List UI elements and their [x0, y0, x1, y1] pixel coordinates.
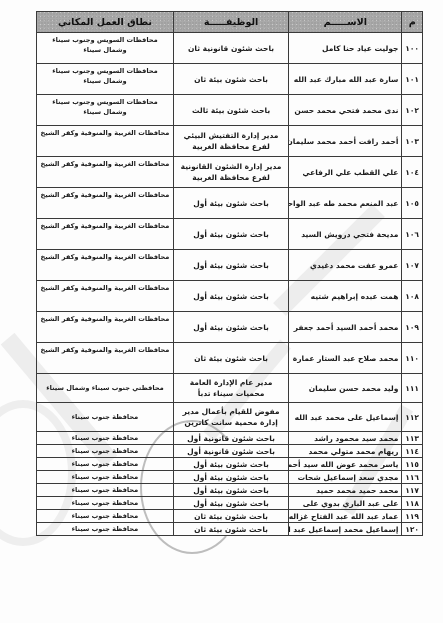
work-area: محافظة جنوب سيناء	[37, 445, 174, 458]
work-area: محافظات الغربية والمنوفية وكفر الشيخ	[37, 312, 174, 343]
job-title: باحث شئون قانونية أول	[173, 432, 288, 445]
row-number: ١٠٩	[402, 312, 423, 343]
work-area: محافظات السويس وجنوب سيناء وشمال سيناء	[37, 95, 174, 126]
row-number: ١١٤	[402, 445, 423, 458]
employee-name: وليد محمد حسن سليمان	[289, 374, 402, 403]
table-row: ١١٢ إسماعيل على محمد عبد الله مفوض للقيا…	[37, 403, 423, 432]
row-number: ١١٨	[402, 497, 423, 510]
job-title: باحث شئون بيئة ثان	[173, 64, 288, 95]
work-area: محافظة جنوب سيناء	[37, 510, 174, 523]
header-number: م	[402, 12, 423, 33]
job-title: باحث شئون بيئة أول	[173, 188, 288, 219]
employee-name: إسماعيل محمد إسماعيل عبد العظيم	[289, 523, 402, 536]
job-title: مدير عام الإدارة العامة محميات سيناء تدب…	[173, 374, 288, 403]
table-row: ١٠٨ همت عبده إبراهيم شتيه باحث شئون بيئة…	[37, 281, 423, 312]
row-number: ١٠٣	[402, 126, 423, 157]
table-row: ١٠٠ جوليت عياد حنا كامل باحث شئون قانوني…	[37, 33, 423, 64]
row-number: ١٠٤	[402, 157, 423, 188]
work-area: محافظة جنوب سيناء	[37, 484, 174, 497]
job-title: باحث شئون بيئة أول	[173, 471, 288, 484]
work-area: محافظات الغربية والمنوفية وكفر الشيخ	[37, 219, 174, 250]
employee-name: محمد صلاح عبد الستار عمارة	[289, 343, 402, 374]
table-row: ١٠٩ محمد أحمد السيد أحمد جعفر باحث شئون …	[37, 312, 423, 343]
header-work-area: نطاق العمل المكاني	[37, 12, 174, 33]
employee-name: مجدي سعد إسماعيل شحات	[289, 471, 402, 484]
header-job: الوظيفـــــة	[173, 12, 288, 33]
table-header-row: م الاســـــم الوظيفـــــة نطاق العمل الم…	[37, 12, 423, 33]
work-area: محافظة جنوب سيناء	[37, 523, 174, 536]
row-number: ١٠٢	[402, 95, 423, 126]
table-row: ١٠٥ عبد المنعم محمد طه عبد الواحد باحث ش…	[37, 188, 423, 219]
employee-name: عبد المنعم محمد طه عبد الواحد	[289, 188, 402, 219]
work-area: محافظات الغربية والمنوفية وكفر الشيخ	[37, 281, 174, 312]
employee-name: محمد أحمد السيد أحمد جعفر	[289, 312, 402, 343]
work-area: محافظات السويس وجنوب سيناء وشمال سيناء	[37, 64, 174, 95]
work-area: محافظة جنوب سيناء	[37, 458, 174, 471]
row-number: ١٢٠	[402, 523, 423, 536]
table-row: ١٠٦ مديحة فتحي درويش السيد باحث شئون بيئ…	[37, 219, 423, 250]
employees-table: م الاســـــم الوظيفـــــة نطاق العمل الم…	[36, 11, 423, 536]
table-row: ١١١ وليد محمد حسن سليمان مدير عام الإدار…	[37, 374, 423, 403]
work-area: محافظات الغربية والمنوفية وكفر الشيخ	[37, 157, 174, 188]
table-row: ١٠١ سارة عبد الله مبارك عبد الله باحث شئ…	[37, 64, 423, 95]
row-number: ١١٧	[402, 484, 423, 497]
job-title: باحث شئون بيئة أول	[173, 219, 288, 250]
row-number: ١٠١	[402, 64, 423, 95]
row-number: ١١٠	[402, 343, 423, 374]
job-title: باحث شئون بيئة ثان	[173, 523, 288, 536]
job-title: مدير إدارة الشئون القانونية لفرع محافظة …	[173, 157, 288, 188]
table-row: ١١٩ عماد عبد الله عبد الفتاح غزاله باحث …	[37, 510, 423, 523]
employee-name: محمد سيد محمود راشد	[289, 432, 402, 445]
row-number: ١٠٧	[402, 250, 423, 281]
employee-name: ندى محمد فتحي محمد حسن	[289, 95, 402, 126]
job-title: باحث شئون قانونية ثان	[173, 33, 288, 64]
employee-name: همت عبده إبراهيم شتيه	[289, 281, 402, 312]
table-row: ١٠٣ أحمد رافت أحمد محمد سليمان مدير إدار…	[37, 126, 423, 157]
row-number: ١٠٠	[402, 33, 423, 64]
work-area: محافظة جنوب سيناء	[37, 497, 174, 510]
work-area: محافظات الغربية والمنوفية وكفر الشيخ	[37, 126, 174, 157]
table-row: ١١٦ مجدي سعد إسماعيل شحات باحث شئون بيئة…	[37, 471, 423, 484]
table-row: ١١٣ محمد سيد محمود راشد باحث شئون قانوني…	[37, 432, 423, 445]
employee-name: جوليت عياد حنا كامل	[289, 33, 402, 64]
row-number: ١٠٨	[402, 281, 423, 312]
work-area: محافظات الغربية والمنوفية وكفر الشيخ	[37, 250, 174, 281]
table-row: ١٢٠ إسماعيل محمد إسماعيل عبد العظيم باحث…	[37, 523, 423, 536]
job-title: باحث شئون بيئة أول	[173, 458, 288, 471]
work-area: محافظات الغربية والمنوفية وكفر الشيخ	[37, 343, 174, 374]
employee-name: محمد حميد محمد حميد	[289, 484, 402, 497]
job-title: باحث شئون بيئة أول	[173, 497, 288, 510]
job-title: مدير إدارة التفتيش البيئي لفرع محافظة ال…	[173, 126, 288, 157]
table-row: ١١٥ ياسر محمد عوض الله سيد أحمد باحث شئو…	[37, 458, 423, 471]
job-title: باحث شئون قانونية أول	[173, 445, 288, 458]
table-row: ١١٤ ريهام محمد متولي محمد باحث شئون قانو…	[37, 445, 423, 458]
row-number: ١١٦	[402, 471, 423, 484]
row-number: ١١٢	[402, 403, 423, 432]
job-title: باحث شئون بيئة أول	[173, 484, 288, 497]
table-row: ١٠٢ ندى محمد فتحي محمد حسن باحث شئون بيئ…	[37, 95, 423, 126]
job-title: باحث شئون بيئة ثان	[173, 510, 288, 523]
table-row: ١١٨ على عبد الباري بدوي على باحث شئون بي…	[37, 497, 423, 510]
row-number: ١١٣	[402, 432, 423, 445]
employee-name: ريهام محمد متولي محمد	[289, 445, 402, 458]
employee-name: سارة عبد الله مبارك عبد الله	[289, 64, 402, 95]
table-row: ١١٠ محمد صلاح عبد الستار عمارة باحث شئون…	[37, 343, 423, 374]
table-row: ١١٧ محمد حميد محمد حميد باحث شئون بيئة أ…	[37, 484, 423, 497]
header-name: الاســـــم	[289, 12, 402, 33]
job-title: باحث شئون بيئة ثان	[173, 343, 288, 374]
job-title: باحث شئون بيئة أول	[173, 281, 288, 312]
work-area: محافظات الغربية والمنوفية وكفر الشيخ	[37, 188, 174, 219]
employee-name: علي القطب علي الرفاعي	[289, 157, 402, 188]
work-area: محافظة جنوب سيناء	[37, 471, 174, 484]
employee-name: إسماعيل على محمد عبد الله	[289, 403, 402, 432]
employee-name: عمرو عفت محمد دغيدي	[289, 250, 402, 281]
row-number: ١١١	[402, 374, 423, 403]
job-title: مفوض للقيام بأعمال مدير إدارة محمية سانت…	[173, 403, 288, 432]
table-row: ١٠٧ عمرو عفت محمد دغيدي باحث شئون بيئة أ…	[37, 250, 423, 281]
employee-name: عماد عبد الله عبد الفتاح غزاله	[289, 510, 402, 523]
scanned-document-page: م الاســـــم الوظيفـــــة نطاق العمل الم…	[0, 0, 443, 623]
work-area: محافظات السويس وجنوب سيناء وشمال سيناء	[37, 33, 174, 64]
row-number: ١٠٥	[402, 188, 423, 219]
job-title: باحث شئون بيئة أول	[173, 312, 288, 343]
employee-name: ياسر محمد عوض الله سيد أحمد	[289, 458, 402, 471]
employee-name: على عبد الباري بدوي على	[289, 497, 402, 510]
row-number: ١١٩	[402, 510, 423, 523]
job-title: باحث شئون بيئة أول	[173, 250, 288, 281]
row-number: ١٠٦	[402, 219, 423, 250]
row-number: ١١٥	[402, 458, 423, 471]
table-row: ١٠٤ علي القطب علي الرفاعي مدير إدارة الش…	[37, 157, 423, 188]
employee-name: مديحة فتحي درويش السيد	[289, 219, 402, 250]
employee-name: أحمد رافت أحمد محمد سليمان	[289, 126, 402, 157]
work-area: محافظة جنوب سيناء	[37, 403, 174, 432]
work-area: محافظة جنوب سيناء	[37, 432, 174, 445]
job-title: باحث شئون بيئة ثالث	[173, 95, 288, 126]
work-area: محافظتي جنوب سيناء وشمال سيناء	[37, 374, 174, 403]
